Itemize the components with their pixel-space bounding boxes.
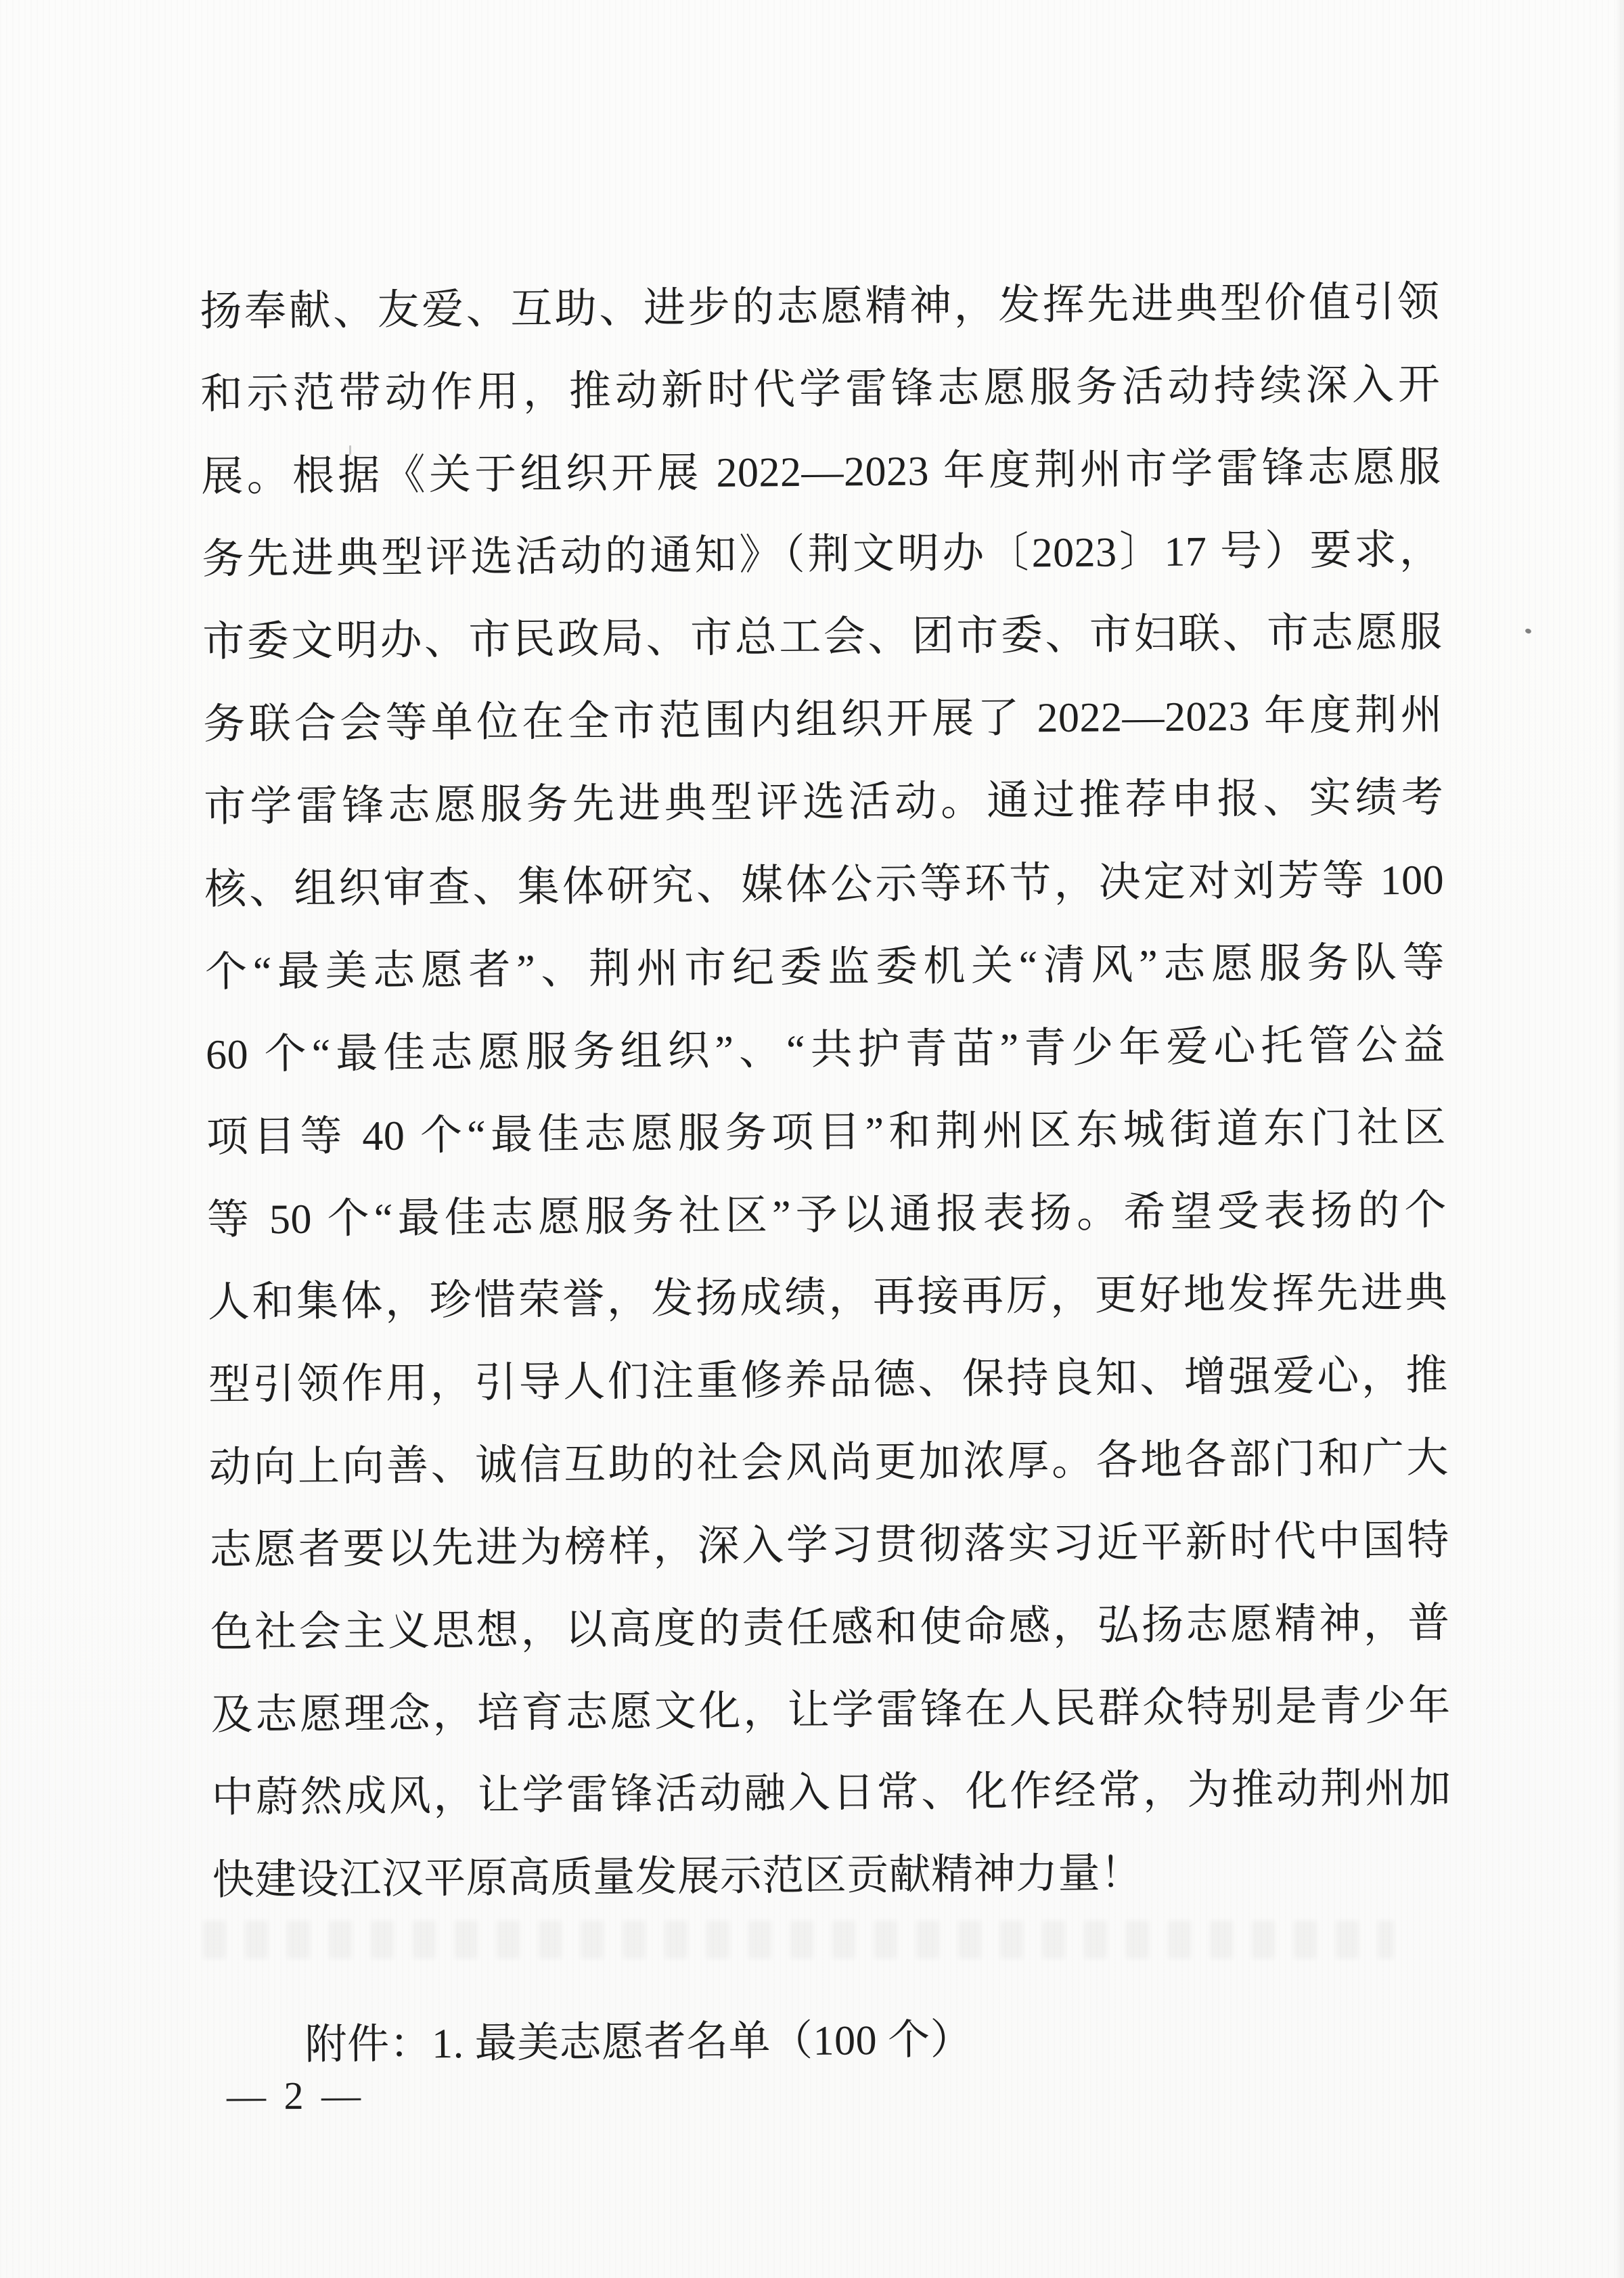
body-line: 快建设江汉平原高质量发展示范区贡献精神力量！ [212,1830,1452,1922]
body-line: 核、组织审查、集体研究、媒体公示等环节，决定对刘芳等 100 [204,839,1445,931]
body-line: 志愿者要以先进为榜样，深入学习贯彻落实习近平新时代中国特 [209,1500,1449,1592]
page-number: — 2 — [227,2072,365,2120]
scan-speck [349,445,351,455]
body-line: 务先进典型评选活动的通知》（荆文明办〔2023〕17 号）要求， [202,509,1442,601]
body-line: 及志愿理念，培育志愿文化，让学雷锋在人民群众特别是青少年 [210,1665,1451,1757]
body-line: 等 50 个“最佳志愿服务社区”予以通报表扬。希望受表扬的个 [207,1169,1447,1261]
body-line: 务联合会等单位在全市范围内组织开展了 2022—2023 年度荆州 [203,674,1443,766]
scan-speck [1525,628,1532,635]
body-line: 展。根据《关于组织开展 2022—2023 年度荆州市学雷锋志愿服 [201,426,1441,518]
body-line: 和示范带动作用，推动新时代学雷锋志愿服务活动持续深入开 [200,344,1441,436]
scan-edge-shadow [1615,0,1624,2278]
ink-bleed-through-band [203,1921,1394,1959]
body-line: 色社会主义思想，以高度的责任感和使命感，弘扬志愿精神，普 [210,1582,1450,1674]
body-line: 60 个“最佳志愿服务组织”、“共护青苗”青少年爱心托管公益 [206,1004,1446,1096]
body-line: 扬奉献、友爱、互助、进步的志愿精神，发挥先进典型价值引领 [200,261,1440,353]
body-line: 型引领作用，引导人们注重修养品德、保持良知、增强爱心，推 [208,1335,1448,1427]
body-line: 中蔚然成风，让学雷锋活动融入日常、化作经常，为推动荆州加 [211,1747,1451,1839]
body-line: 项目等 40 个“最佳志愿服务项目”和荆州区东城街道东门社区 [206,1087,1447,1179]
scanned-document-page: 扬奉献、友爱、互助、进步的志愿精神，发挥先进典型价值引领 和示范带动作用，推动新… [0,0,1624,2278]
body-line: 个“最美志愿者”、荆州市纪委监委机关“清风”志愿服务队等 [205,922,1445,1014]
body-line: 动向上向善、诚信互助的社会风尚更加浓厚。各地各部门和广大 [208,1417,1449,1509]
attachment-line: 附件：1. 最美志愿者名单（100 个） [213,1995,1453,2087]
body-text-block: 扬奉献、友爱、互助、进步的志愿精神，发挥先进典型价值引领 和示范带动作用，推动新… [200,261,1453,2087]
body-line: 人和集体，珍惜荣誉，发扬成绩，再接再厉，更好地发挥先进典 [207,1252,1447,1344]
body-line: 市学雷锋志愿服务先进典型评选活动。通过推荐申报、实绩考 [204,757,1444,849]
body-line: 市委文明办、市民政局、市总工会、团市委、市妇联、市志愿服 [202,591,1443,684]
